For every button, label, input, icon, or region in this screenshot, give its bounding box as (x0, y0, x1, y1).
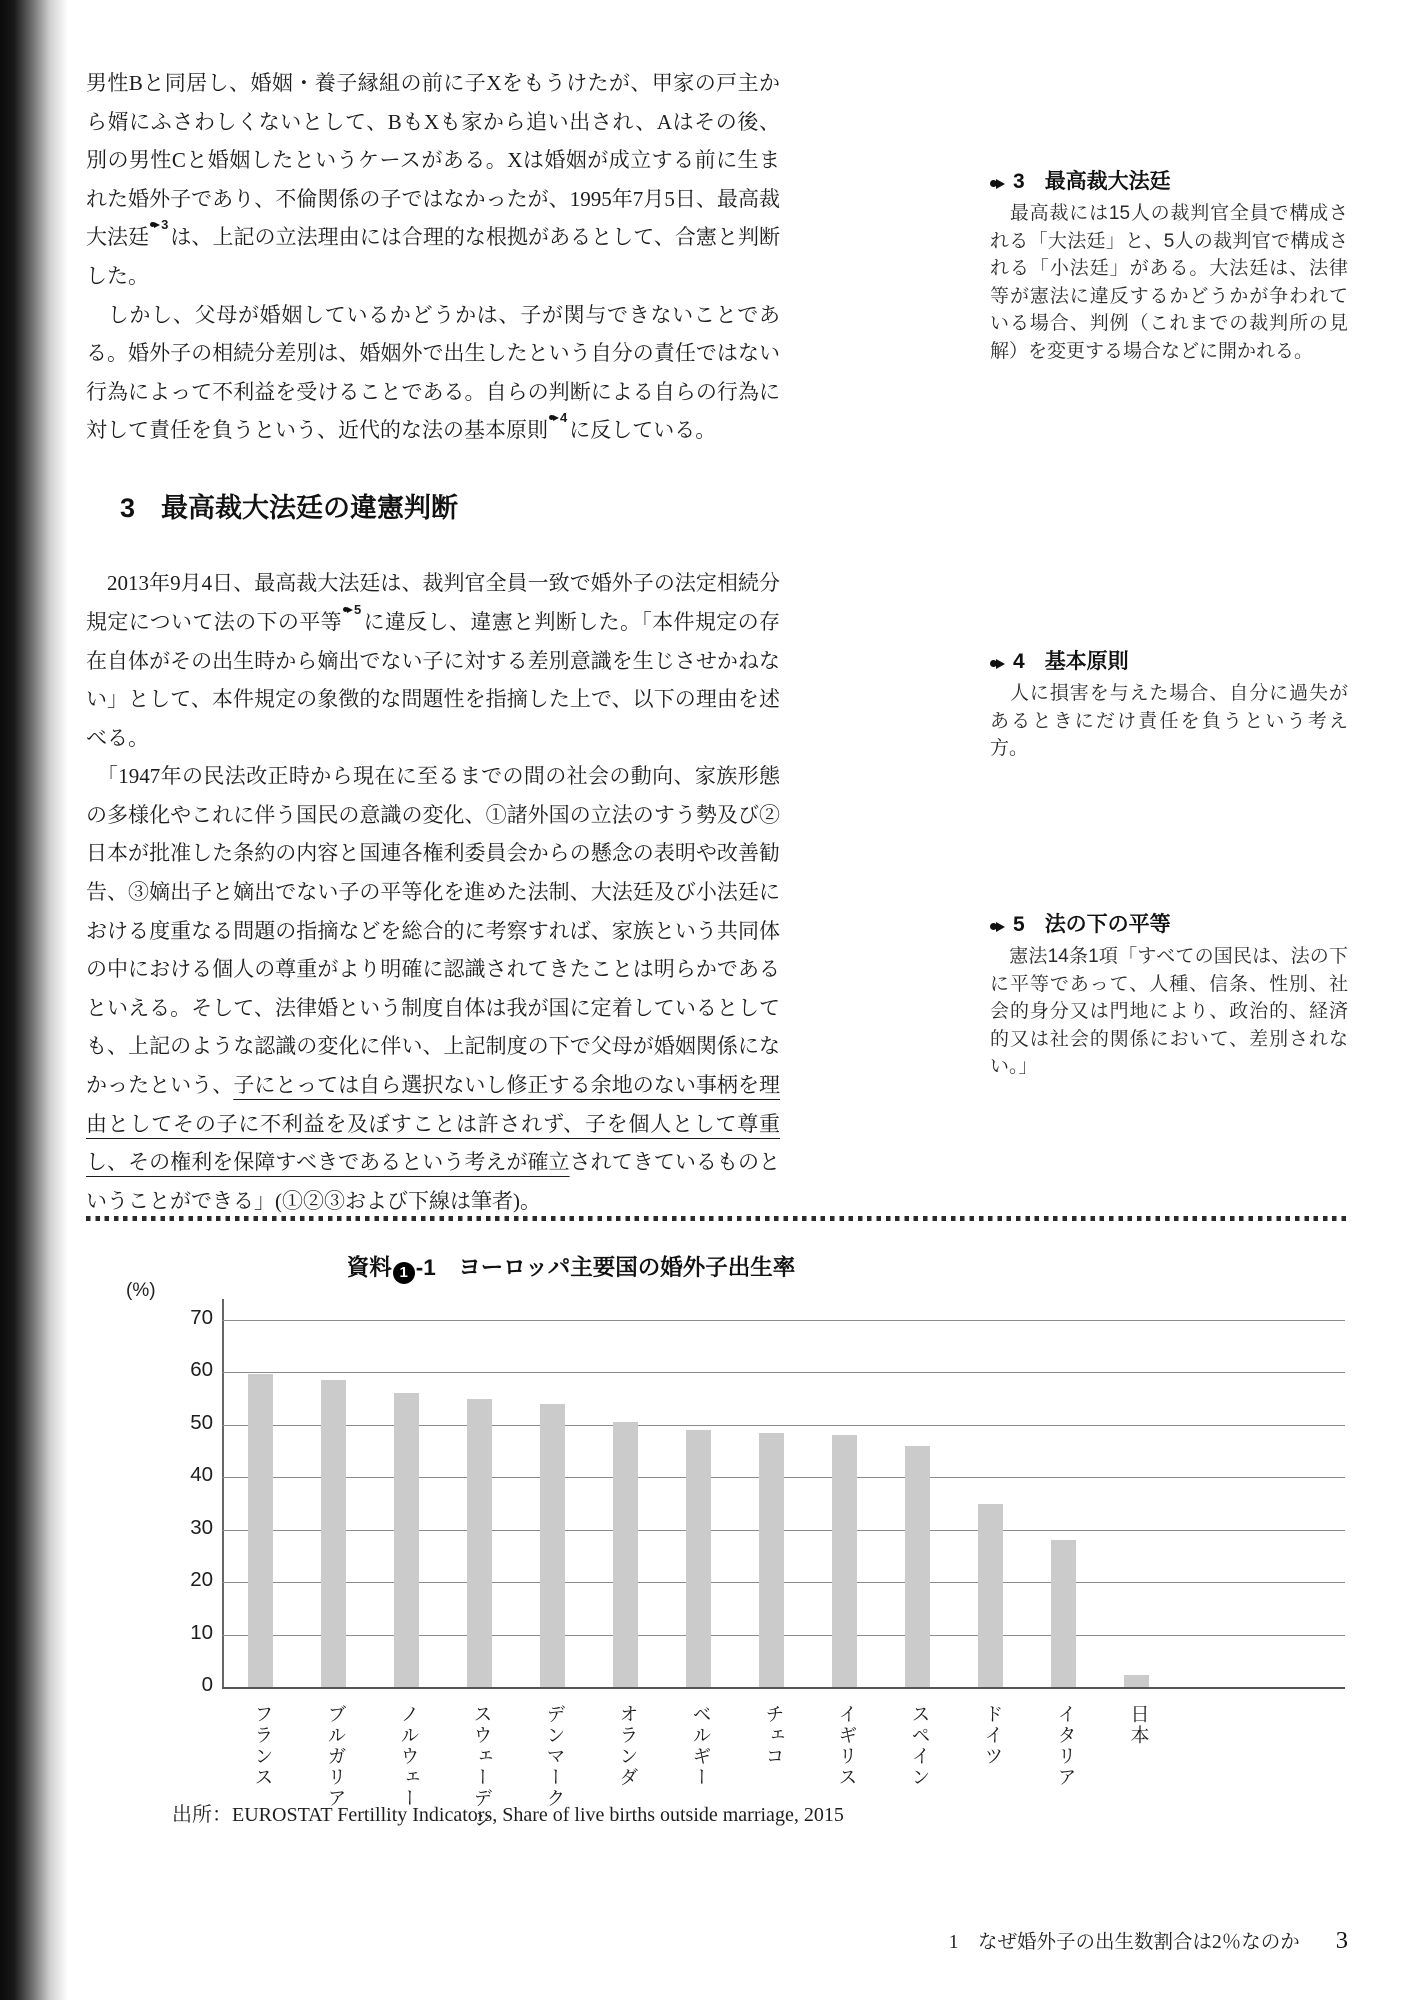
bar-ベルギー (686, 1430, 711, 1687)
gridline-60 (222, 1372, 1345, 1373)
paragraphs-after-heading: 2013年9月4日、最高裁大法廷は、裁判官全員一致で婚外子の法定相続分規定につい… (86, 564, 780, 1220)
bar-chart-plot-area (222, 1320, 1345, 1689)
bar-ドイツ (978, 1504, 1003, 1688)
footnote-arrow-icon (553, 415, 559, 421)
footnote-ref-number: 5 (354, 602, 361, 617)
category-label-オランダ: オランダ (613, 1704, 640, 1788)
y-tick-label-30: 30 (158, 1516, 213, 1540)
main-text-column: 男性Bと同居し、婚姻・養子縁組の前に子Xをもうけたが、甲家の戸主から婿にふさわし… (86, 64, 780, 1220)
margin-note-3: 3最高裁大法廷 最高裁には15人の裁判官全員で構成される「大法廷」と、5人の裁判… (990, 165, 1348, 365)
category-label-ドイツ: ドイツ (978, 1704, 1005, 1767)
footnote-ref-number: 3 (161, 217, 168, 232)
chart-title: 資料1-1 ヨーロッパ主要国の婚外子出生率 (86, 1250, 1056, 1284)
y-tick-label-50: 50 (158, 1411, 213, 1435)
margin-note-heading: 3最高裁大法廷 (990, 165, 1348, 195)
margin-note-number: 5 (1013, 913, 1025, 936)
bar-イギリス (832, 1435, 857, 1687)
footnote-arrow-icon (990, 170, 1005, 193)
y-tick-label-60: 60 (158, 1358, 213, 1382)
margin-note-heading: 4基本原則 (990, 645, 1348, 675)
footnote-arrow-icon (990, 650, 1005, 673)
footnote-ref-marker-4: 4 (549, 413, 567, 423)
category-label-スペイン: スペイン (905, 1704, 932, 1788)
category-label-ノルウェー: ノルウェー (394, 1704, 421, 1809)
section-heading: 3最高裁大法廷の違憲判断 (120, 492, 780, 524)
y-tick-label-40: 40 (158, 1463, 213, 1487)
margin-note-body: 人に損害を与えた場合、自分に過失があるときにだけ責任を負うという考え方。 (990, 680, 1348, 763)
category-label-チェコ: チェコ (759, 1704, 786, 1767)
margin-note-number: 3 (1013, 170, 1025, 193)
margin-note-title: 最高裁大法廷 (1045, 170, 1171, 193)
margin-note-body: 憲法14条1項「すべての国民は、法の下に平等であって、人種、信条、性別、社会的身… (990, 943, 1348, 1081)
category-label-スウェーデン: スウェーデン (467, 1704, 494, 1830)
text-segment: は、上記の立法理由には合理的な根拠があるとして、合憲と判断した。 (86, 225, 780, 288)
chart-title-text: ヨーロッパ主要国の婚外子出生率 (436, 1255, 796, 1280)
category-label-イタリア: イタリア (1051, 1704, 1078, 1788)
bar-デンマーク (540, 1404, 565, 1687)
text-segment: 「1947年の民法改正時から現在に至るまでの間の社会の動向、家族形態の多様化やこ… (86, 764, 780, 1097)
category-label-日本: 日本 (1124, 1704, 1151, 1746)
bar-スペイン (905, 1446, 930, 1687)
section-title: 最高裁大法廷の違憲判断 (161, 493, 458, 523)
category-label-ブルガリア: ブルガリア (321, 1704, 348, 1809)
text-segment: に反している。 (569, 418, 716, 442)
footnote-ref-marker-5: 5 (343, 605, 361, 615)
paragraph: しかし、父母が婚姻しているかどうかは、子が関与できないことである。婚外子の相続分… (86, 296, 780, 450)
margin-note-heading: 5法の下の平等 (990, 908, 1348, 938)
footer-page-number: 3 (1336, 1927, 1348, 1955)
text-segment: 男性Bと同居し、婚姻・養子縁組の前に子Xをもうけたが、甲家の戸主から婿にふさわし… (86, 71, 780, 249)
footnote-arrow-icon (154, 222, 160, 228)
bar-日本 (1124, 1675, 1149, 1687)
y-tick-label-20: 20 (158, 1568, 213, 1592)
paragraph: 2013年9月4日、最高裁大法廷は、裁判官全員一致で婚外子の法定相続分規定につい… (86, 564, 780, 757)
margin-note-4: 4基本原則 人に損害を与えた場合、自分に過失があるときにだけ責任を負うという考え… (990, 645, 1348, 763)
category-label-デンマーク: デンマーク (540, 1704, 567, 1809)
footnote-arrow-icon (347, 607, 353, 613)
bar-ノルウェー (394, 1393, 419, 1687)
circled-number-1-icon: 1 (393, 1262, 415, 1284)
margin-note-title: 法の下の平等 (1045, 913, 1171, 936)
margin-note-number: 4 (1013, 650, 1025, 673)
paragraph: 男性Bと同居し、婚姻・養子縁組の前に子Xをもうけたが、甲家の戸主から婿にふさわし… (86, 64, 780, 296)
bar-チェコ (759, 1433, 784, 1687)
margin-note-body: 最高裁には15人の裁判官全員で構成される「大法廷」と、5人の裁判官で構成される「… (990, 200, 1348, 365)
bar-オランダ (613, 1422, 638, 1687)
gridline-70 (222, 1320, 1345, 1321)
bar-ブルガリア (321, 1380, 346, 1687)
footnote-arrow-icon (990, 913, 1005, 936)
paragraph: 「1947年の民法改正時から現在に至るまでの間の社会の動向、家族形態の多様化やこ… (86, 757, 780, 1220)
y-axis-unit-label: (%) (126, 1280, 156, 1302)
footnote-ref-marker-3: 3 (150, 220, 168, 230)
bar-イタリア (1051, 1540, 1076, 1687)
book-page: 男性Bと同居し、婚姻・養子縁組の前に子Xをもうけたが、甲家の戸主から婿にふさわし… (0, 0, 1416, 2000)
paragraphs-before-heading: 男性Bと同居し、婚姻・養子縁組の前に子Xをもうけたが、甲家の戸主から婿にふさわし… (86, 64, 780, 450)
dotted-separator (86, 1216, 1348, 1221)
bar-スウェーデン (467, 1399, 492, 1687)
gridline-50 (222, 1425, 1345, 1426)
y-tick-label-70: 70 (158, 1306, 213, 1330)
category-label-フランス: フランス (248, 1704, 275, 1788)
chart-source: 出所：EUROSTAT Fertillity Indicators, Share… (172, 1798, 844, 1827)
category-label-イギリス: イギリス (832, 1704, 859, 1788)
margin-note-5: 5法の下の平等 憲法14条1項「すべての国民は、法の下に平等であって、人種、信条… (990, 908, 1348, 1081)
footer-chapter-label: 1 なぜ婚外子の出生数割合は2％なのか (949, 1926, 1300, 1954)
margin-note-title: 基本原則 (1045, 650, 1129, 673)
category-label-ベルギー: ベルギー (686, 1704, 713, 1788)
chart-title-number: -1 (416, 1255, 436, 1280)
page-footer: 1 なぜ婚外子の出生数割合は2％なのか 3 (86, 1926, 1348, 1955)
book-spine-shadow (0, 0, 70, 2000)
y-tick-label-0: 0 (158, 1673, 213, 1697)
footnote-ref-number: 4 (560, 410, 567, 425)
y-tick-label-10: 10 (158, 1621, 213, 1645)
section-number: 3 (120, 493, 135, 523)
chart-title-prefix: 資料 (347, 1255, 392, 1280)
bar-フランス (248, 1374, 273, 1687)
